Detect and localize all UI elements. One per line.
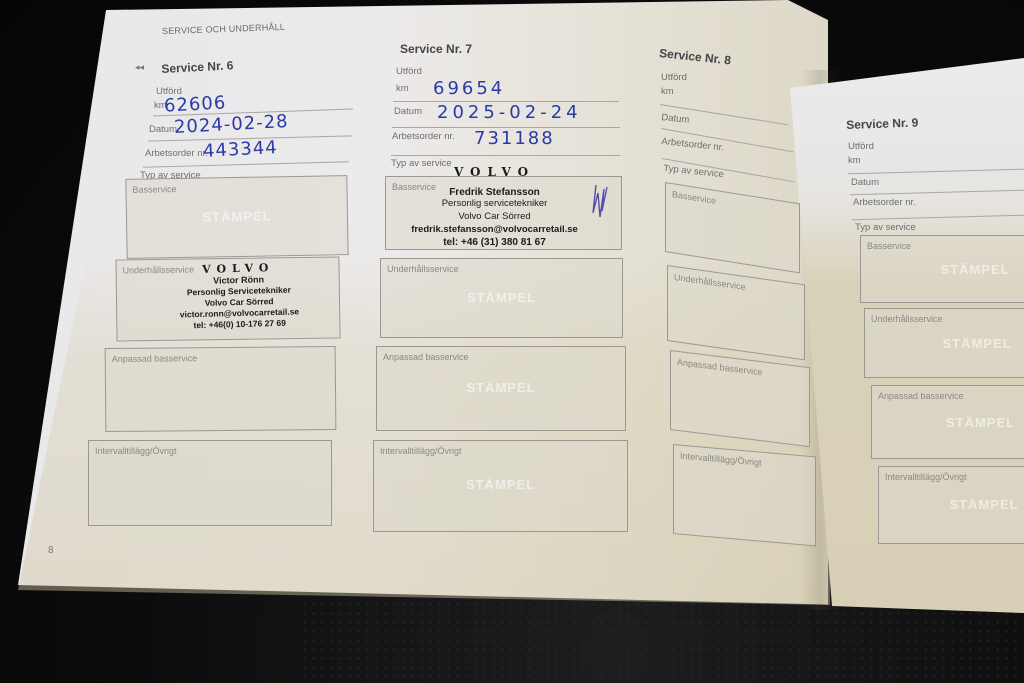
seat-perforation	[300, 600, 1024, 683]
intervalltillagg-box[interactable]: Intervalltillägg/Övrigt STÄMPEL	[373, 440, 628, 532]
basservice-label: Basservice	[672, 189, 716, 206]
basservice-label: Basservice	[132, 184, 176, 195]
stamp-watermark: STÄMPEL	[374, 477, 627, 492]
arbetsorder-label: Arbetsorder nr.	[145, 148, 208, 159]
service-7-dealer-stamp: VOLVO Fredrik Stefansson Personlig servi…	[392, 165, 597, 248]
intervall-label: Intervalltillägg/Övrigt	[680, 451, 762, 468]
underhall-label: Underhållsservice	[871, 314, 943, 324]
anpassad-basservice-box[interactable]: Anpassad basservice	[670, 350, 810, 447]
technician-email: fredrik.stefansson@volvocarretail.se	[392, 224, 597, 235]
stamp-watermark: STÄMPEL	[921, 262, 1024, 277]
service-7-date-value[interactable]: 2025-02-24	[437, 102, 582, 123]
arbetsorder-label: Arbetsorder nr.	[392, 131, 455, 142]
intervalltillagg-box[interactable]: Intervalltillägg/Övrigt STÄMPEL	[878, 466, 1024, 544]
service-7-workorder-value[interactable]: 731188	[474, 128, 555, 149]
anpassad-label: Anpassad basservice	[677, 357, 763, 378]
stamp-watermark: STÄMPEL	[381, 290, 622, 305]
intervall-label: Intervalltillägg/Övrigt	[95, 446, 177, 456]
anpassad-label: Anpassad basservice	[112, 353, 198, 364]
basservice-box[interactable]: Basservice STÄMPEL	[125, 175, 348, 259]
underhall-label: Underhållsservice	[387, 264, 459, 274]
anpassad-basservice-box[interactable]: Anpassad basservice STÄMPEL	[871, 385, 1024, 459]
underhallsservice-box[interactable]: Underhållsservice STÄMPEL	[380, 258, 623, 338]
typ-label: Typ av service	[855, 222, 916, 233]
utford-label: Utförd	[396, 66, 422, 77]
service-7-title: Service Nr. 7	[400, 42, 472, 56]
volvo-wordmark: VOLVO	[392, 165, 597, 179]
basservice-label: Basservice	[867, 241, 911, 251]
km-label: km	[848, 155, 861, 166]
utford-label: Utförd	[661, 72, 687, 83]
stamp-watermark: STÄMPEL	[377, 380, 625, 395]
intervall-label: Intervalltillägg/Övrigt	[380, 446, 462, 456]
stamp-watermark: STÄMPEL	[127, 207, 347, 226]
km-label: km	[661, 86, 674, 97]
anpassad-basservice-box[interactable]: Anpassad basservice STÄMPEL	[376, 346, 626, 431]
anpassad-label: Anpassad basservice	[383, 352, 469, 362]
stamp-watermark: STÄMPEL	[925, 336, 1024, 351]
anpassad-basservice-box[interactable]: Anpassad basservice	[105, 346, 337, 432]
technician-phone: tel: +46 (31) 380 81 67	[392, 237, 597, 248]
page-number: 8	[48, 545, 54, 556]
underhall-label: Underhållsservice	[674, 272, 746, 292]
arbetsorder-label: Arbetsorder nr.	[853, 197, 916, 208]
utford-label: Utförd	[848, 141, 874, 152]
anpassad-label: Anpassad basservice	[878, 391, 964, 401]
intervalltillagg-box[interactable]: Intervalltillägg/Övrigt	[88, 440, 332, 526]
basservice-box[interactable]: Basservice STÄMPEL	[860, 235, 1024, 303]
underhallsservice-box[interactable]: Underhållsservice STÄMPEL	[864, 308, 1024, 378]
technician-signature-icon	[590, 183, 610, 221]
stamp-watermark: STÄMPEL	[932, 415, 1024, 430]
arbetsorder-line	[391, 155, 620, 156]
intervall-label: Intervalltillägg/Övrigt	[885, 472, 967, 482]
intervalltillagg-box[interactable]: Intervalltillägg/Övrigt	[673, 444, 816, 547]
service-9-title: Service Nr. 9	[846, 115, 919, 132]
service-6-dealer-stamp: VOLVO Victor Rönn Personlig Servicetekni…	[164, 260, 314, 332]
dealer-name: Volvo Car Sörred	[392, 211, 597, 222]
service-6-workorder-value[interactable]: 443344	[203, 137, 279, 162]
service-7-km-value[interactable]: 69654	[433, 78, 505, 99]
datum-label: Datum	[394, 106, 422, 117]
stamp-watermark: STÄMPEL	[939, 497, 1024, 512]
datum-label: Datum	[149, 124, 177, 135]
back-arrow-icon: ◂◂	[135, 62, 144, 73]
datum-label: Datum	[851, 177, 879, 188]
technician-name: Fredrik Stefansson	[392, 187, 597, 198]
technician-role: Personlig servicetekniker	[392, 198, 597, 209]
km-label: km	[396, 83, 409, 94]
